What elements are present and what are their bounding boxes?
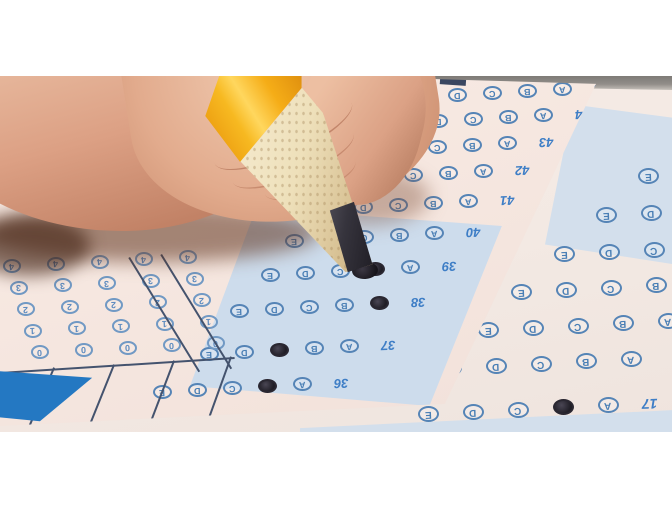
answer-bubble: B bbox=[499, 110, 518, 124]
answer-bubble: D bbox=[486, 358, 507, 374]
answer-bubble: E bbox=[554, 246, 575, 262]
bubble-letter: C bbox=[276, 346, 283, 355]
bubble-letter: E bbox=[267, 270, 273, 279]
bubble-letter: 2 bbox=[111, 300, 116, 309]
bubble-letter: 2 bbox=[67, 302, 72, 311]
bubble-letter: 3 bbox=[16, 283, 21, 292]
filled-bubble: B bbox=[258, 379, 277, 393]
bubble-letter: D bbox=[529, 323, 537, 333]
bubble-letter: B bbox=[251, 423, 258, 432]
question-number: 40 bbox=[466, 224, 481, 239]
bubble-letter: B bbox=[524, 87, 531, 96]
answer-bubble: 0 bbox=[163, 338, 181, 352]
bubble-letter: D bbox=[302, 268, 309, 277]
bubble-letter: 0 bbox=[37, 347, 42, 356]
filled-bubble: A bbox=[370, 296, 389, 310]
answer-bubble: D bbox=[235, 345, 254, 359]
bubble-letter: B bbox=[311, 344, 318, 353]
bubble-letter: 2 bbox=[199, 296, 204, 305]
answer-bubble: C bbox=[568, 318, 589, 334]
bubble-letter: E bbox=[644, 171, 651, 181]
bubble-letter: C bbox=[650, 245, 658, 255]
answer-bubble: 1 bbox=[68, 321, 86, 335]
bubble-letter: A bbox=[480, 167, 487, 176]
bubble-letter: E bbox=[484, 325, 491, 335]
bubble-letter: E bbox=[424, 409, 431, 419]
bubble-letter: D bbox=[181, 426, 188, 432]
bubble-letter: C bbox=[434, 143, 441, 152]
answer-bubble: B bbox=[245, 420, 264, 432]
photo-frame: EDECDEBCDEABCDEABCDE17ABCDE 45ABCDE44ABC… bbox=[0, 76, 672, 432]
bubble-letter: C bbox=[229, 384, 236, 393]
answer-bubble: C bbox=[210, 422, 229, 432]
answer-bubble: E bbox=[140, 426, 159, 432]
bubble-letter: C bbox=[306, 303, 313, 312]
bubble-letter: B bbox=[505, 113, 512, 122]
bubble-letter: A bbox=[431, 229, 438, 238]
bubble-letter: A bbox=[664, 316, 672, 326]
answer-bubble: 3 bbox=[98, 276, 116, 290]
answer-bubble: B bbox=[613, 315, 634, 331]
answer-bubble: D bbox=[175, 424, 194, 432]
sheet-corner-blue-wedge bbox=[0, 369, 95, 424]
bubble-letter: 2 bbox=[23, 304, 28, 313]
bubble-letter: 1 bbox=[118, 322, 123, 331]
answer-bubble: 0 bbox=[31, 345, 49, 359]
answer-bubble: A bbox=[425, 226, 444, 240]
answer-bubble: 1 bbox=[112, 319, 130, 333]
answer-bubble: B bbox=[390, 228, 409, 242]
bubble-letter: 0 bbox=[81, 345, 86, 354]
answer-bubble: 3 bbox=[54, 278, 72, 292]
question-number: 37 bbox=[381, 337, 396, 352]
grid-line bbox=[87, 364, 115, 432]
answer-bubble: C bbox=[601, 280, 622, 296]
bubble-letter: B bbox=[341, 301, 348, 310]
bubble-letter: 3 bbox=[60, 281, 65, 290]
answer-bubble: C bbox=[464, 112, 483, 126]
bubble-letter: E bbox=[146, 428, 152, 432]
answer-bubble: 2 bbox=[17, 302, 35, 316]
bubble-letter: A bbox=[540, 111, 547, 120]
question-number: 38 bbox=[411, 294, 426, 309]
answer-bubble: E bbox=[511, 284, 532, 300]
bubble-letter: A bbox=[627, 354, 635, 364]
answer-bubble: 2 bbox=[105, 298, 123, 312]
bubble-letter: D bbox=[469, 407, 477, 417]
bubble-letter: B bbox=[559, 402, 567, 412]
answer-bubble: B bbox=[646, 277, 667, 293]
bubble-letter: D bbox=[562, 285, 570, 295]
answer-bubble: A bbox=[474, 164, 493, 178]
bubble-letter: B bbox=[396, 231, 403, 240]
answer-bubble: 3 bbox=[10, 281, 28, 295]
question-number: 41 bbox=[500, 192, 515, 207]
bubble-letter: E bbox=[206, 349, 212, 358]
answer-bubble: B bbox=[463, 138, 482, 152]
bubble-letter: C bbox=[489, 89, 496, 98]
answer-bubble: A bbox=[598, 397, 619, 413]
answer-bubble: B bbox=[439, 166, 458, 180]
answer-bubble: A bbox=[340, 339, 359, 353]
answer-bubble: D bbox=[523, 320, 544, 336]
answer-bubble: 1 bbox=[24, 324, 42, 338]
bubble-letter: B bbox=[582, 356, 590, 366]
bubble-letter: E bbox=[602, 210, 609, 220]
grid-line bbox=[147, 360, 175, 432]
answer-bubble: 0 bbox=[119, 341, 137, 355]
answer-bubble: A bbox=[658, 313, 672, 329]
bubble-letter: 3 bbox=[104, 279, 109, 288]
bubble-letter: E bbox=[517, 287, 524, 297]
answer-bubble: E bbox=[418, 406, 439, 422]
bubble-letter: D bbox=[194, 385, 201, 394]
bubble-letter: D bbox=[492, 361, 500, 371]
bubble-letter: A bbox=[465, 197, 472, 206]
bubble-letter: 3 bbox=[148, 276, 153, 285]
question-number: 39 bbox=[442, 258, 457, 273]
bubble-letter: 1 bbox=[30, 326, 35, 335]
bubble-letter: 0 bbox=[125, 343, 130, 352]
answer-bubble: A bbox=[534, 108, 553, 122]
bubble-letter: A bbox=[299, 380, 306, 389]
answer-bubble: E bbox=[230, 304, 249, 318]
answer-bubble: B bbox=[518, 84, 537, 98]
answer-bubble: D bbox=[448, 88, 467, 102]
bubble-letter: B bbox=[619, 318, 627, 328]
answer-bubble: A bbox=[293, 377, 312, 391]
bubble-letter: D bbox=[271, 304, 278, 313]
answer-bubble: 0 bbox=[75, 343, 93, 357]
bubble-letter: A bbox=[407, 263, 414, 272]
answer-bubble: D bbox=[556, 282, 577, 298]
bubble-letter: A bbox=[559, 85, 566, 94]
answer-bubble: A bbox=[498, 136, 517, 150]
answer-bubble: C bbox=[508, 402, 529, 418]
answer-bubble: A bbox=[401, 260, 420, 274]
answer-bubble: A bbox=[459, 194, 478, 208]
answer-bubble: 2 bbox=[193, 293, 211, 307]
answer-bubble: E bbox=[261, 268, 280, 282]
bubble-letter: D bbox=[454, 90, 461, 99]
answer-bubble: C bbox=[223, 381, 242, 395]
answer-bubble: C bbox=[644, 242, 665, 258]
answer-bubble: 2 bbox=[61, 300, 79, 314]
answer-bubble: D bbox=[599, 244, 620, 260]
bubble-letter: 0 bbox=[169, 341, 174, 350]
answer-bubble: C bbox=[531, 356, 552, 372]
answer-bubble: C bbox=[483, 86, 502, 100]
answer-bubble: B bbox=[335, 298, 354, 312]
answer-bubble: D bbox=[463, 404, 484, 420]
answer-bubble: 3 bbox=[186, 272, 204, 286]
question-number: 43 bbox=[539, 134, 554, 149]
filled-bubble: B bbox=[553, 399, 574, 415]
bubble-letter: A bbox=[286, 421, 293, 430]
answer-bubble: C bbox=[300, 300, 319, 314]
bubble-letter: B bbox=[469, 141, 476, 150]
answer-bubble: D bbox=[265, 302, 284, 316]
answer-bubble: B bbox=[576, 353, 597, 369]
answer-bubble: D bbox=[296, 266, 315, 280]
filled-bubble: C bbox=[270, 343, 289, 357]
bubble-letter: B bbox=[264, 382, 271, 391]
bubble-letter: C bbox=[470, 115, 477, 124]
bubble-letter: E bbox=[560, 249, 567, 259]
bubble-letter: A bbox=[376, 299, 383, 308]
bubble-letter: C bbox=[537, 359, 545, 369]
answer-bubble: D bbox=[188, 383, 207, 397]
bubble-letter: A bbox=[604, 400, 612, 410]
bubble-letter: 1 bbox=[206, 317, 211, 326]
bubble-letter: C bbox=[514, 405, 522, 415]
answer-bubble: A bbox=[553, 82, 572, 96]
bubble-letter: B bbox=[430, 199, 437, 208]
bubble-letter: D bbox=[647, 208, 655, 218]
answer-bubble: E bbox=[596, 207, 617, 223]
bubble-letter: D bbox=[241, 347, 248, 356]
answer-bubble: E bbox=[638, 168, 659, 184]
bubble-letter: A bbox=[346, 342, 353, 351]
bubble-letter: C bbox=[216, 425, 223, 432]
bubble-letter: C bbox=[574, 321, 582, 331]
answer-bubble: D bbox=[641, 205, 662, 221]
question-number: 17 bbox=[642, 396, 658, 413]
answer-bubble: B bbox=[305, 341, 324, 355]
question-number: 42 bbox=[515, 162, 530, 177]
bubble-letter: D bbox=[605, 247, 613, 257]
bubble-letter: E bbox=[236, 306, 242, 315]
bubble-letter: B bbox=[652, 280, 660, 290]
bubble-letter: A bbox=[504, 139, 511, 148]
bubble-letter: 1 bbox=[74, 324, 79, 333]
question-number: 36 bbox=[334, 375, 349, 390]
bubble-letter: 3 bbox=[192, 274, 197, 283]
bubble-letter: B bbox=[445, 169, 452, 178]
answer-bubble: A bbox=[621, 351, 642, 367]
page: { "scene": { "description": "Close-up ph… bbox=[0, 0, 672, 510]
bubble-letter: C bbox=[607, 283, 615, 293]
answer-bubble: A bbox=[280, 418, 299, 432]
